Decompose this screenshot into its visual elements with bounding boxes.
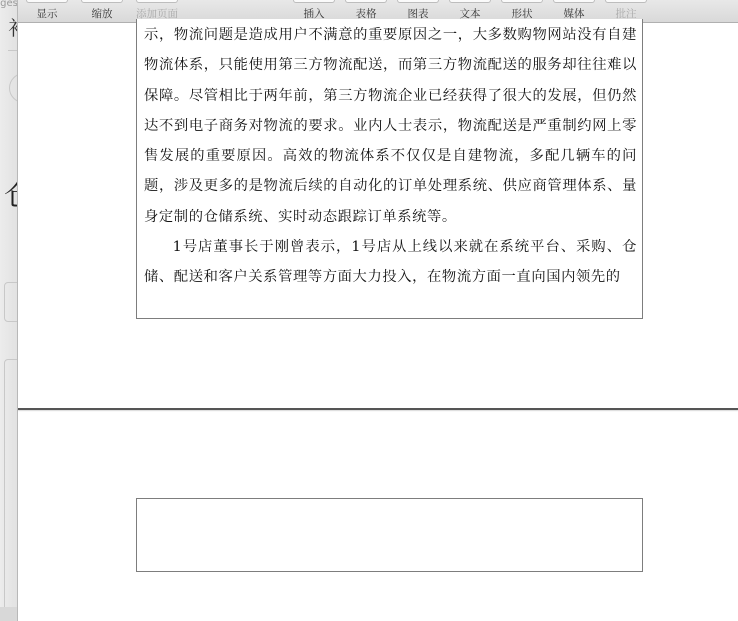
background-divider (8, 50, 18, 51)
background-panel (4, 359, 18, 619)
empty-text-box[interactable] (136, 498, 643, 572)
toolbar-view-label: 显示 (37, 6, 58, 21)
text-box[interactable]: 示，物流问题是造成用户不满意的重要原因之一，大多数购物网站没有自建物流体系，只能… (136, 19, 643, 319)
table-icon (345, 0, 387, 3)
background-window-label: ages (0, 0, 18, 9)
view-icon (26, 0, 68, 3)
page-divider (18, 408, 738, 410)
zoom-icon (81, 0, 123, 3)
comment-icon (605, 0, 647, 3)
background-window: ages 衤 仓 (0, 0, 18, 621)
media-icon (553, 0, 595, 3)
toolbar-zoom-label: 缩放 (92, 6, 113, 21)
background-window-text: 衤 (8, 12, 18, 41)
paragraph: 1号店董事长于刚曾表示，1号店从上线以来就在系统平台、采购、仓储、配送和客户关系… (144, 232, 637, 293)
background-box (4, 282, 18, 322)
shape-icon (501, 0, 543, 3)
text-icon (449, 0, 491, 3)
toolbar-zoom-button[interactable]: 缩放 (81, 0, 123, 23)
add-page-icon (136, 0, 178, 3)
text-box-body[interactable]: 示，物流问题是造成用户不满意的重要原因之一，大多数购物网站没有自建物流体系，只能… (137, 20, 642, 293)
document-canvas[interactable]: 示，物流问题是造成用户不满意的重要原因之一，大多数购物网站没有自建物流体系，只能… (18, 23, 738, 621)
background-window-heading: 仓 (4, 170, 18, 214)
toolbar-view-button[interactable]: 显示 (26, 0, 68, 23)
paragraph: 示，物流问题是造成用户不满意的重要原因之一，大多数购物网站没有自建物流体系，只能… (144, 20, 637, 232)
chart-icon (397, 0, 439, 3)
insert-icon (293, 0, 335, 3)
background-circle-button (9, 73, 18, 103)
background-footer (0, 607, 18, 621)
